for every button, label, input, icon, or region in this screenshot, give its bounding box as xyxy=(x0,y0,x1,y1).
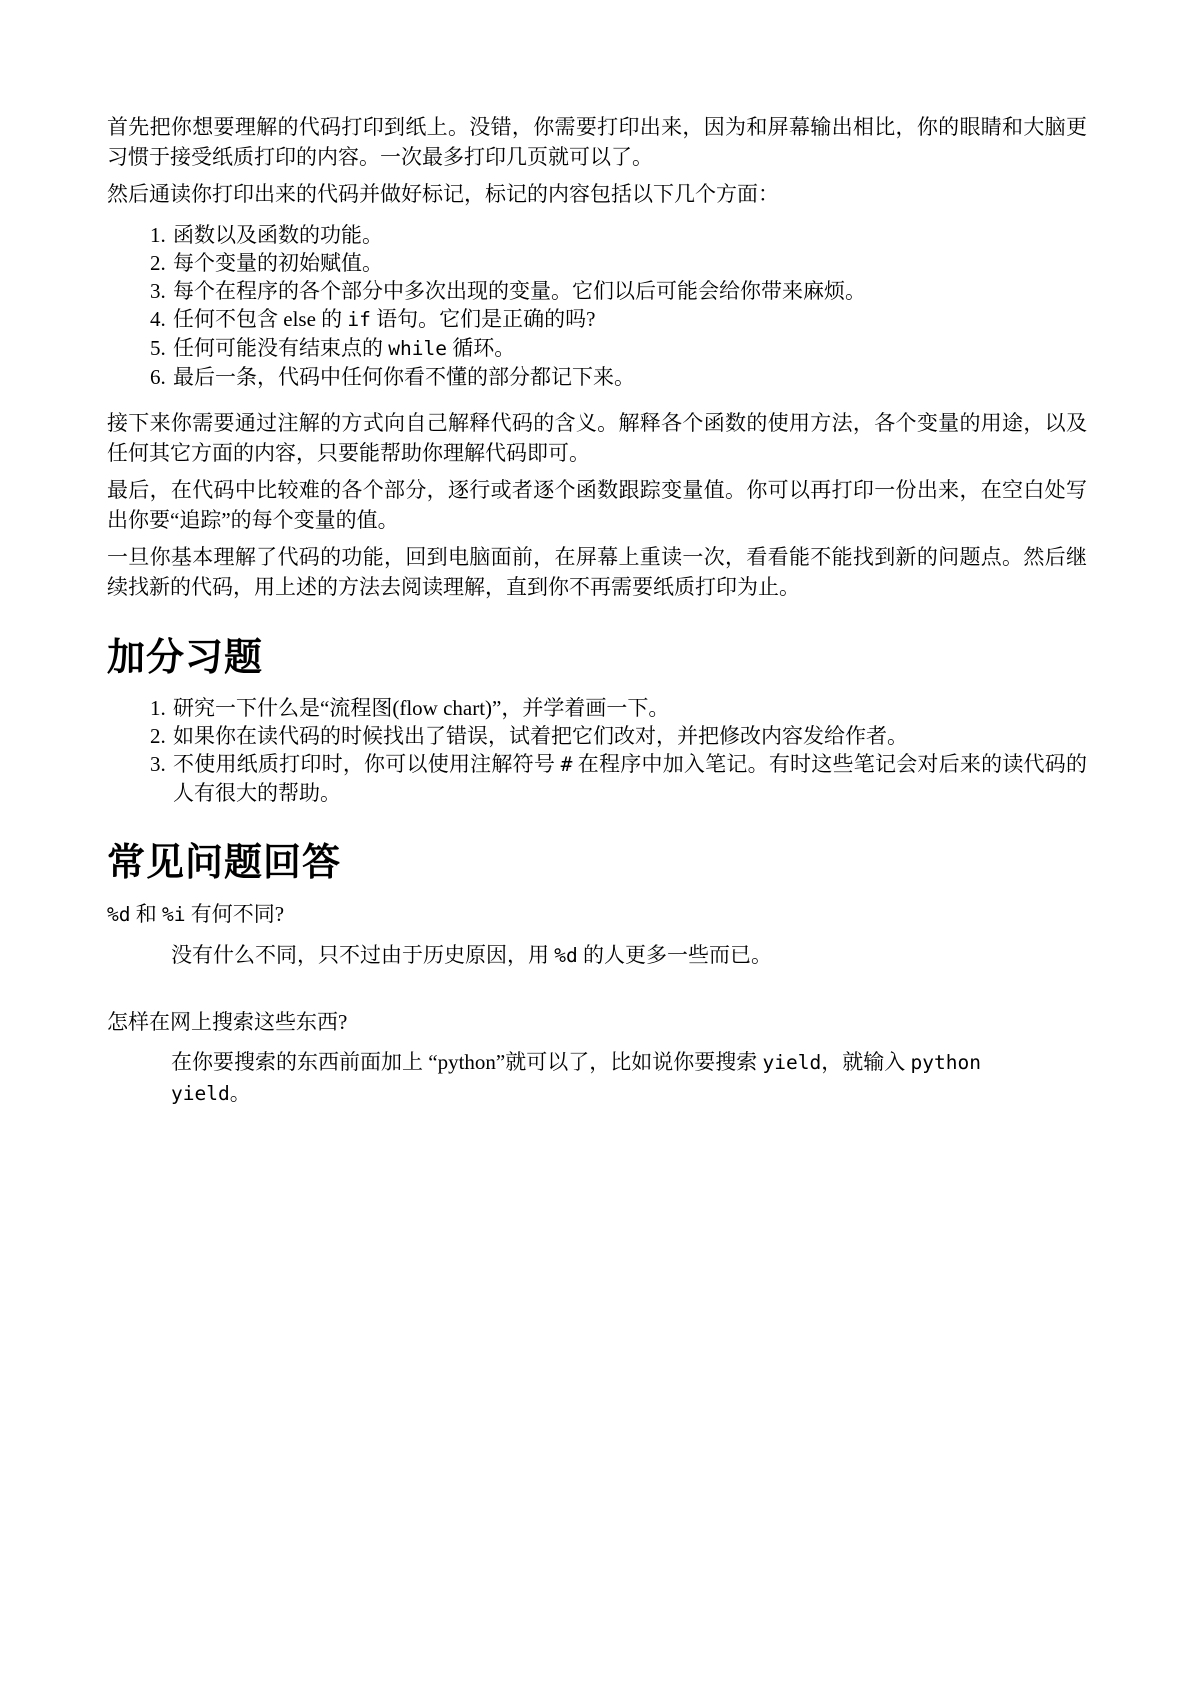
list-item: 最后一条，代码中任何你看不懂的部分都记下来。 xyxy=(171,363,1087,391)
text-segment: ”，并学着画一下。 xyxy=(492,696,669,720)
list-item: 如果你在读代码的时候找出了错误，试着把它们改对，并把修改内容发给作者。 xyxy=(171,722,1087,750)
text-segment: 任何可能没有结束点的 xyxy=(173,336,388,360)
marking-steps-list: 函数以及函数的功能。 每个变量的初始赋值。 每个在程序的各个部分中多次出现的变量… xyxy=(107,221,1087,391)
text-segment: 语句。它们是正确的吗? xyxy=(371,307,596,331)
bonus-exercises-list: 研究一下什么是“流程图(flow chart)”，并学着画一下。 如果你在读代码… xyxy=(107,694,1087,807)
text-segment: 的 xyxy=(316,307,348,331)
inline-code-text: # xyxy=(561,753,573,776)
inline-code-text: yield xyxy=(762,1051,821,1074)
text-segment: else xyxy=(283,307,316,331)
inline-code-text: while xyxy=(388,337,447,360)
text-segment: 。 xyxy=(230,1081,251,1105)
text-segment: 每个变量的初始赋值。 xyxy=(173,251,383,275)
text-segment: 如果你在读代码的时候找出了错误，试着把它们改对，并把修改内容发给作者。 xyxy=(173,724,908,748)
text-segment: 接下来你需要通过注解的方式向自己解释代码的含义。解释各个函数的使用方法，各个变量… xyxy=(107,411,1087,465)
text-segment: 然后通读你打印出来的代码并做好标记，标记的内容包括以下几个方面： xyxy=(107,182,779,206)
text-segment: (flow chart) xyxy=(392,696,492,720)
text-segment: 有何不同? xyxy=(186,902,285,926)
inline-code-text: %i xyxy=(162,903,186,926)
text-segment: 在你要搜索的东西前面加上 xyxy=(171,1050,428,1074)
intro-paragraph-readthrough: 然后通读你打印出来的代码并做好标记，标记的内容包括以下几个方面： xyxy=(107,179,1087,209)
faq-answer: 没有什么不同，只不过由于历史原因，用 %d 的人更多一些而已。 xyxy=(171,940,1016,971)
list-item: 研究一下什么是“流程图(flow chart)”，并学着画一下。 xyxy=(171,694,1087,722)
text-segment: 最后一条，代码中任何你看不懂的部分都记下来。 xyxy=(173,365,635,389)
inline-code-text: %d xyxy=(554,944,578,967)
text-segment: ，就输入 xyxy=(821,1050,910,1074)
list-item: 函数以及函数的功能。 xyxy=(171,221,1087,249)
text-segment: 最后，在代码中比较难的各个部分，逐行或者逐个函数跟踪变量值。你可以再打印一份出来… xyxy=(107,478,1087,532)
text-segment: 的人更多一些而已。 xyxy=(578,943,772,967)
list-item: 每个在程序的各个部分中多次出现的变量。它们以后可能会给你带来麻烦。 xyxy=(171,277,1087,305)
text-segment: 研究一下什么是“流程图 xyxy=(173,696,392,720)
text-segment: 循环。 xyxy=(447,336,515,360)
text-segment: 怎样在网上搜索这些东西? xyxy=(107,1010,347,1034)
text-segment: “python” xyxy=(428,1050,505,1074)
text-segment: 不使用纸质打印时，你可以使用注解符号 xyxy=(173,752,561,776)
list-item: 任何不包含 else 的 if 语句。它们是正确的吗? xyxy=(171,305,1087,334)
faq-question: %d 和 %i 有何不同? xyxy=(107,899,1087,930)
text-segment: 每个在程序的各个部分中多次出现的变量。它们以后可能会给你带来麻烦。 xyxy=(173,279,866,303)
text-segment: 没有什么不同，只不过由于历史原因，用 xyxy=(171,943,554,967)
text-segment: 就可以了，比如说你要搜索 xyxy=(505,1050,762,1074)
inline-code-text: if xyxy=(347,308,371,331)
inline-code-text: %d xyxy=(107,903,131,926)
section-title-bonus-exercises: 加分习题 xyxy=(107,636,1087,680)
section-title-faq: 常见问题回答 xyxy=(107,841,1087,885)
text-segment: 首先把你想要理解的代码打印到纸上。没错，你需要打印出来，因为和屏幕输出相比，你的… xyxy=(107,115,1087,169)
intro-paragraph-print: 首先把你想要理解的代码打印到纸上。没错，你需要打印出来，因为和屏幕输出相比，你的… xyxy=(107,112,1087,172)
text-segment: 和 xyxy=(131,902,163,926)
faq-question: 怎样在网上搜索这些东西? xyxy=(107,1007,1087,1037)
list-item: 不使用纸质打印时，你可以使用注解符号 # 在程序中加入笔记。有时这些笔记会对后来… xyxy=(171,750,1087,807)
text-segment: 任何不包含 xyxy=(173,307,283,331)
faq-answer: 在你要搜索的东西前面加上 “python”就可以了，比如说你要搜索 yield，… xyxy=(171,1047,1016,1109)
paragraph-annotate: 接下来你需要通过注解的方式向自己解释代码的含义。解释各个函数的使用方法，各个变量… xyxy=(107,408,1087,468)
document-page: 首先把你想要理解的代码打印到纸上。没错，你需要打印出来，因为和屏幕输出相比，你的… xyxy=(0,0,1190,1684)
list-item: 每个变量的初始赋值。 xyxy=(171,249,1087,277)
text-segment: 函数以及函数的功能。 xyxy=(173,223,383,247)
text-segment: 一旦你基本理解了代码的功能，回到电脑面前，在屏幕上重读一次，看看能不能找到新的问… xyxy=(107,545,1087,599)
paragraph-reread: 一旦你基本理解了代码的功能，回到电脑面前，在屏幕上重读一次，看看能不能找到新的问… xyxy=(107,542,1087,602)
paragraph-trace: 最后，在代码中比较难的各个部分，逐行或者逐个函数跟踪变量值。你可以再打印一份出来… xyxy=(107,475,1087,535)
list-item: 任何可能没有结束点的 while 循环。 xyxy=(171,334,1087,363)
